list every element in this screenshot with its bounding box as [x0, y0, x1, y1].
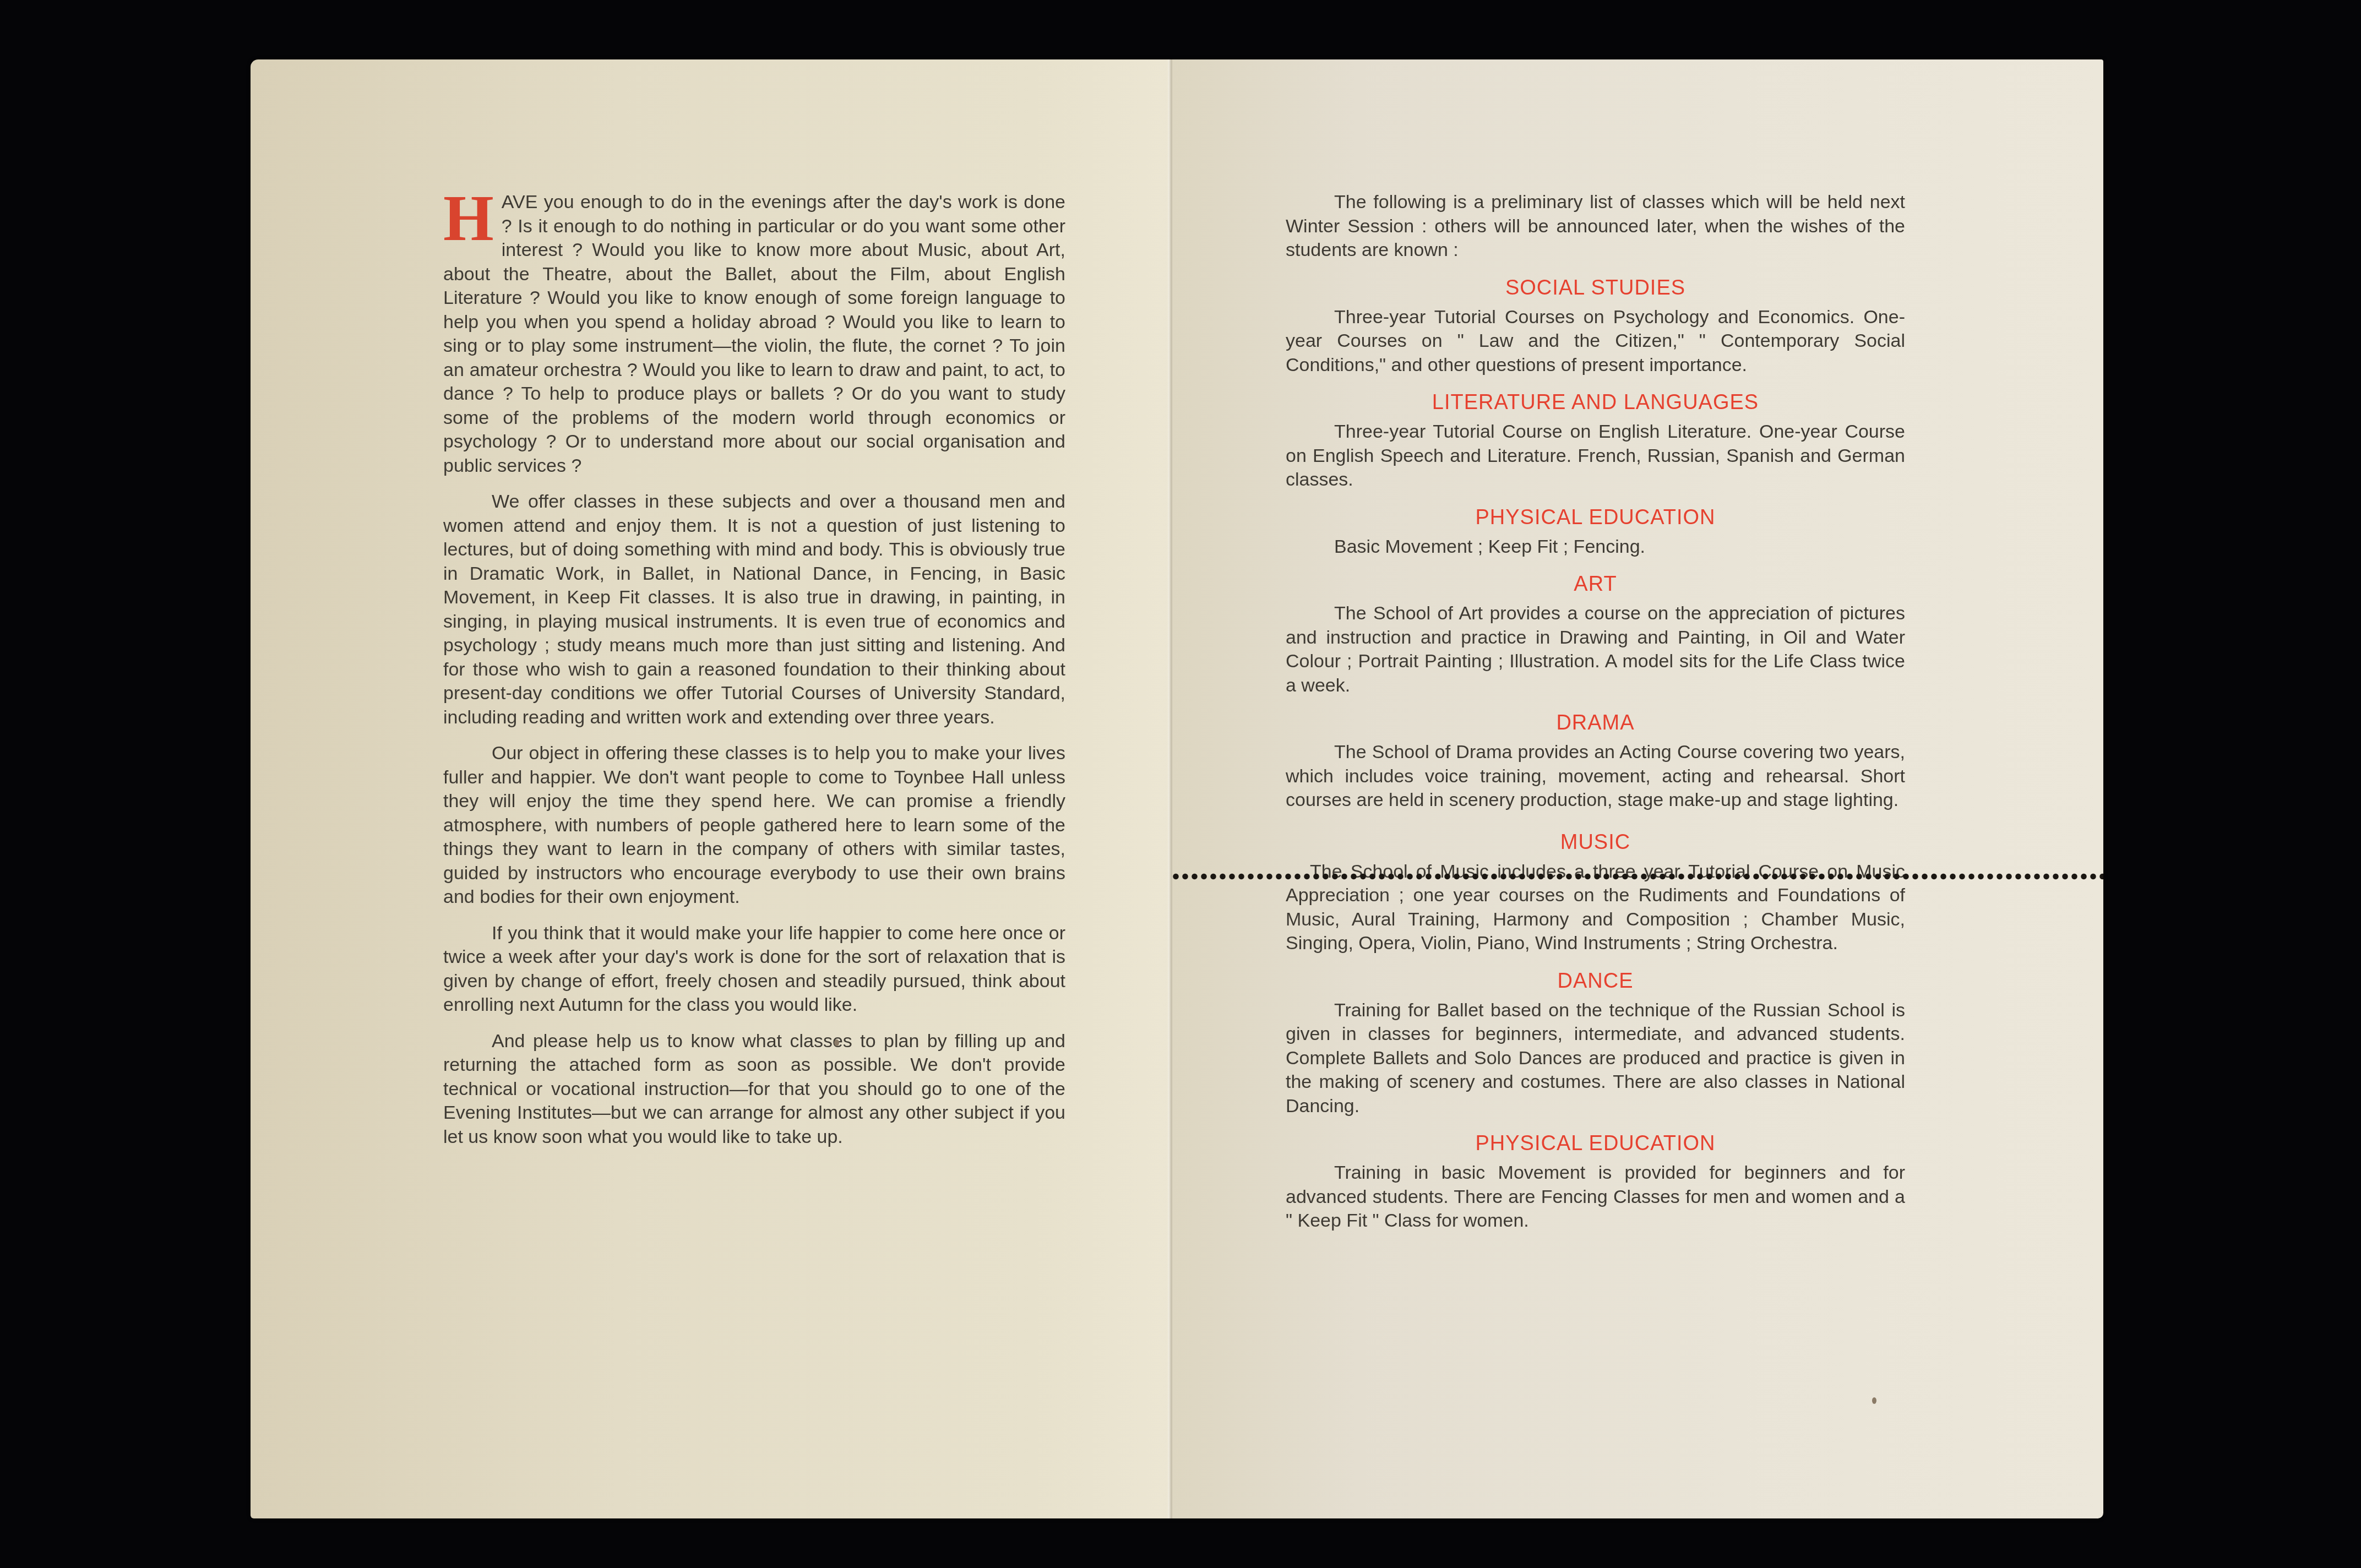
paragraph-object: Our object in offering these classes is … — [443, 742, 1065, 910]
section-body-social-studies: Three-year Tutorial Courses on Psycholog… — [1286, 306, 1905, 378]
section-heading-art: ART — [1286, 571, 1905, 597]
section-body-literature: Three-year Tutorial Course on English Li… — [1286, 420, 1905, 492]
intro-paragraph-text: AVE you enough to do in the evenings aft… — [443, 192, 1065, 476]
intro-paragraph: HAVE you enough to do in the evenings af… — [443, 190, 1065, 478]
right-text-column: The following is a preliminary list of c… — [1286, 190, 1905, 1245]
section-heading-physical-education: PHYSICAL EDUCATION — [1286, 504, 1905, 531]
right-page: The following is a preliminary list of c… — [1170, 59, 2103, 1518]
paragraph-enrol: If you think that it would make your lif… — [443, 922, 1065, 1017]
section-heading-social-studies: SOCIAL STUDIES — [1286, 275, 1905, 301]
brochure-sheet: HAVE you enough to do in the evenings af… — [251, 59, 2103, 1518]
paper-speck — [1872, 1397, 1876, 1404]
paper-speck — [834, 1039, 839, 1046]
section-body-art: The School of Art provides a course on t… — [1286, 602, 1905, 698]
section-body-physical-education: Basic Movement ; Keep Fit ; Fencing. — [1286, 535, 1905, 559]
section-heading-drama: DRAMA — [1286, 710, 1905, 736]
section-body-drama: The School of Drama provides an Acting C… — [1286, 741, 1905, 813]
tear-off-perforation-line[interactable] — [1171, 873, 2103, 880]
section-body-physical-education-2: Training in basic Movement is provided f… — [1286, 1161, 1905, 1233]
left-page: HAVE you enough to do in the evenings af… — [251, 59, 1170, 1518]
center-fold — [1168, 59, 1172, 1518]
section-body-dance: Training for Ballet based on the techniq… — [1286, 999, 1905, 1119]
paragraph-form-request: And please help us to know what classes … — [443, 1030, 1065, 1150]
section-heading-dance: DANCE — [1286, 968, 1905, 994]
left-text-column: HAVE you enough to do in the evenings af… — [443, 190, 1065, 1161]
class-list-intro: The following is a preliminary list of c… — [1286, 190, 1905, 263]
section-heading-literature: LITERATURE AND LANGUAGES — [1286, 389, 1905, 416]
dropcap-letter: H — [443, 194, 494, 243]
section-heading-music: MUSIC — [1286, 829, 1905, 856]
paragraph-offer: We offer classes in these subjects and o… — [443, 490, 1065, 729]
section-heading-physical-education-2: PHYSICAL EDUCATION — [1286, 1130, 1905, 1157]
